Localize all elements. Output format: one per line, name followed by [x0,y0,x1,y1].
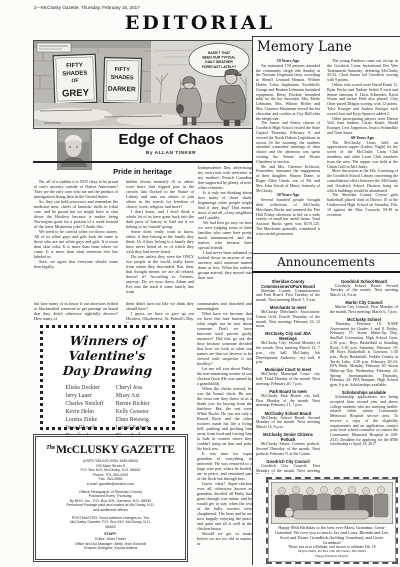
svg-text:HASN'T THAT: HASN'T THAT [208,51,231,55]
editorial-column-2: hidden felons, mentally ill or others we… [126,179,194,300]
winner-name: Bernie Richter [116,400,150,408]
poster-fifty-shades-of-grey: FIFTY SHADES OF GREY [53,54,97,103]
announcement-body: Martin City Council: First Monday of the… [330,305,398,314]
announcement-body: McClusky Park Board: city hall, First Mo… [256,394,320,408]
paragraph: So, they can hold powwows and remember t… [34,199,118,229]
masthead-line: 58463 [36,525,185,530]
paragraph: Sure, we agree that everyone should come… [34,259,118,269]
svg-text:FORECAST LATELY?: FORECAST LATELY? [202,65,236,69]
announcements-title: Announcements [252,255,400,269]
column-rule [33,161,252,163]
paragraph: Some don't really want to know, either, … [126,229,194,254]
announcement-body: McClusky Merchant's Association: Union G… [256,310,320,329]
svg-text:SHADES: SHADES [111,75,134,82]
memory-lane-column-1: 10 Years Ago An estimated 150 persons at… [256,59,320,253]
columnist-portrait [57,129,92,170]
winners-title-line1: Winners of Valentine's [42,333,173,363]
winner-name: Charles Netzloff [65,400,103,408]
paragraph: The young Panthers came out on top in th… [327,59,398,83]
winners-list-left: Elisha Dockter Jerry Lauer Charles Netzl… [65,384,103,440]
column-title: Edge of Chaos [90,131,252,148]
editorial-cartoon: FIFTY SHADES OF GREY FIFTY SHADES DARKER [33,40,253,129]
announcement-body: McClusky School Board: Second Monday of … [256,416,320,430]
paragraph: them didn't turn out like we think they … [126,301,194,311]
paragraph: Independence Day, advertising my own roo… [198,165,252,190]
birthday-message: Happy 80th Birthday to the best ever Mom… [268,525,396,545]
page-folio: 2—McClusky Gazette, Thursday, February 1… [34,5,140,10]
announcement-body: Goodrich City Council: First Monday of t… [256,464,320,474]
paragraph: When the chicks arrived, he was the 'bon… [197,386,252,451]
winner-name: Cheryl Jess [116,384,150,392]
editorial-column-3: Independence Day, advertising my own roo… [198,165,252,300]
paragraph: I don't know, and I don't think a whole … [126,209,194,229]
announcement-body: McClusky Municipal Court: city hall, Thi… [256,372,320,386]
winner-name: Laurel Kukert [116,424,150,432]
winner-name: Kelly Gessner [116,408,150,416]
paragraph: Do one, unless they were the ONLY two pe… [126,254,194,294]
masthead-staff-block: STAFF: Editor: Allan Tinker Office and A… [36,532,185,550]
svg-text:FIFTY: FIFTY [66,63,83,70]
svg-text:SHADES: SHADES [62,71,87,78]
memory-lane-column-2: The young Panthers came out on top in th… [327,59,398,253]
winner-name: Missy Axt [116,392,150,400]
masthead-title: TheMcCLUSKY GAZETTE [36,442,185,456]
svg-text:DAILY WEATHER: DAILY WEATHER [205,60,233,64]
editorial-column-1-cont: but how many of us know if our ancestors… [34,301,118,323]
cartoon-drawing: FIFTY SHADES OF GREY FIFTY SHADES DARKER [34,41,250,126]
announcement-body: Goodrich School Board: Second Tuesday of… [330,284,398,298]
vertical-column-rule [252,36,253,565]
paragraph: hidden felons, mentally ill or others we… [126,179,194,209]
birthday-announcement-box: Happy 80th Birthday to the best ever Mom… [266,477,398,564]
paragraph: What have we become, that we have this h… [197,311,252,366]
svg-text:FIFTY: FIFTY [115,67,131,73]
column-byline: By ALLAN TINKER [90,151,252,156]
paragraph: Guess what? Super-chicken over all, othe… [197,481,252,531]
paragraph: Is it only me thinking about how many of… [198,190,252,220]
masthead-name: McCLUSKY GAZETTE [56,444,175,456]
announcement-body: Sheridan County Commissioners and Park B… [256,289,320,303]
paragraph: communities and absorbed and intermingle… [197,301,252,311]
paragraph: The Junior and Senior classes of Goodric… [256,121,320,164]
announcements-top-rule [252,253,400,254]
winner-name: Jesse Rhoads [65,424,103,432]
editorial-column-1: No, all of a sudden it is NOT okay to be… [34,179,118,300]
announcements-column-1: Sheridan County Commissioners/Park Board… [256,276,320,474]
newspaper-page: 2—McClusky Gazette, Thursday, February 1… [0,0,400,567]
announcements-column-2: Goodrich School Board Goodrich School Bo… [330,276,398,474]
poster-fifty-shades-darker: FIFTY SHADES DARKER [103,58,141,104]
announcement-head: Sheridan County Commissioners/Park Board [256,279,320,289]
winner-name: Jerry Lauer [65,392,103,400]
editorial-column-4: communities and absorbed and intermingle… [197,301,252,563]
paragraph: but how many of us know if our ancestors… [34,301,118,321]
winner-name: Elmo Reiswig [116,416,150,424]
svg-text:OF: OF [71,78,78,84]
masthead-postmaster-block: POSTMASTER: Send address changes to: The… [36,516,185,530]
masthead-box: TheMcCLUSKY GAZETTE (USPS 335-020 ISSN 1… [33,434,188,562]
valentines-winners-box: Winners of Valentine's Day Drawing Elish… [40,325,175,430]
memory-lane-title: Memory Lane [257,39,400,55]
paragraph: Others who scored were David Frank 11, R… [327,83,398,117]
paragraph: No, all of a sudden it is NOT okay to be… [34,179,118,199]
memory-lane-top-rule [252,36,400,37]
masthead-staff-line: Graphic Designer: Krysta Adams [36,546,185,551]
editorial-column-2-cont: them didn't turn out like we think they … [126,301,194,323]
paragraph: An estimated 150 persons attended the co… [256,64,320,122]
masthead-the: The [46,445,55,451]
winners-list-right: Cheryl Jess Missy Axt Bernie Richter Kel… [116,384,150,440]
paragraph: I guess we have to give up our Hostfest,… [126,311,194,323]
cartoon-caption-box [37,43,71,52]
family-group-photo [271,482,393,524]
svg-text:GREY: GREY [62,88,90,100]
cartoonist-signature: GRANLUND [44,121,62,125]
paragraph: Other participating players were Darren … [327,117,398,136]
winner-name: Elisha Dockter [65,384,103,392]
paragraph: I had never been ashamed or looked down … [198,250,252,280]
winner-name: Loretta Zinke [65,416,103,424]
masthead-line: e-mail: gazette@westriv.com [36,482,185,487]
birthday-greeting: Happy Birthday Mayda! [268,554,396,558]
paragraph: Let me tell you about Pinky, the non-rem… [197,366,252,386]
announcement-body: Scholarship applications are being accep… [330,395,398,447]
masthead-address-block: (USPS 335-020 ISSN 1089-860X) 203 Main S… [36,459,185,487]
paragraph: We had best go easy on how we were judgi… [198,220,252,250]
winners-title-line2: Day Drawing [42,363,172,378]
paragraph: We need to be careful when we throw ston… [34,229,118,259]
section-title: EDITORIAL [0,12,400,34]
paragraph: The McClusky Lions held an appreciation … [327,141,398,170]
masthead-line: and additional offices [36,508,185,513]
svg-text:DARKER: DARKER [108,86,136,94]
paragraph: More discussion at the Feb. 6 meeting of… [327,169,398,193]
paragraph: It was time for super grandma of everyth… [197,451,252,481]
paragraph: Should we get so smart before we are too… [197,531,252,546]
announcement-body: McClusky City: Second Monday of the mont… [256,341,320,365]
announcement-body: McClusky Senior Citizens potluck: Second… [256,442,320,456]
winner-name: Kevin Helm [65,408,103,416]
paragraph: The Sheridan County Coyote girls basketb… [327,193,398,217]
paragraph: Several hundred people brought their col… [256,198,320,236]
announcement-body: Thursday, February 16: NAEP Assessment f… [330,322,398,388]
paragraph: Mr. and Mrs. Clarence Erickson, Fessende… [256,165,320,194]
masthead-publisher-block: Official Newspaper of Sheridan County Pu… [36,490,185,513]
svg-text:BEEN OUR TYPICAL: BEEN OUR TYPICAL [202,56,235,60]
announcements-thick-rule [252,271,400,273]
